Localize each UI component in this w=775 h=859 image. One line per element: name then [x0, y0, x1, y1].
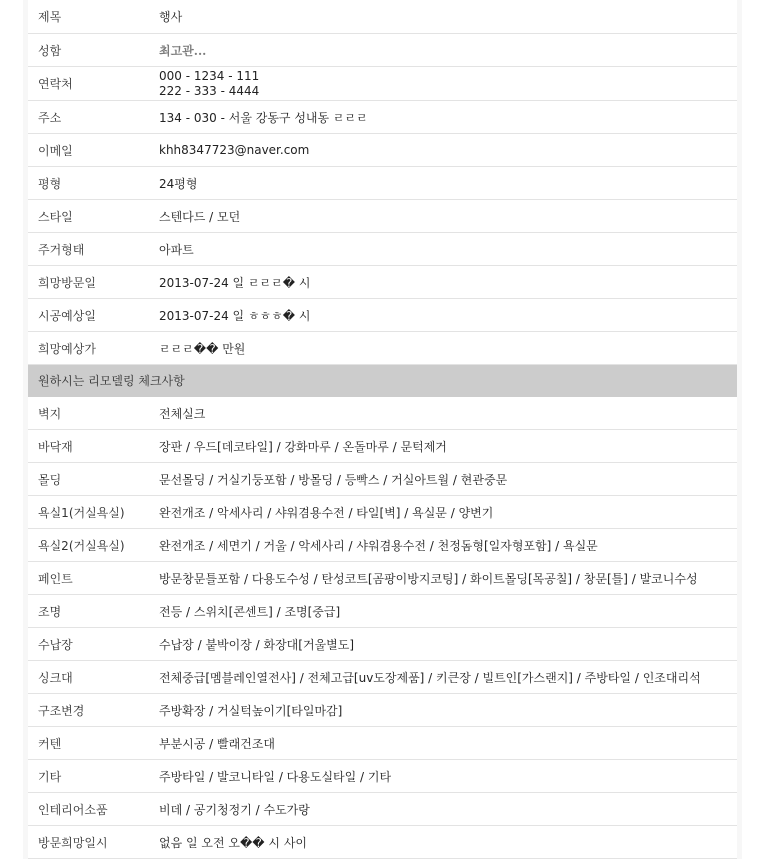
- row-label: 주거형태: [28, 241, 159, 258]
- row-label: 스타일: [28, 208, 159, 225]
- row-value: 비데 / 공기청정기 / 수도가랑: [159, 801, 737, 818]
- row-style: 스타일 스텐다드 / 모던: [28, 200, 737, 233]
- row-label: 기타: [28, 768, 159, 785]
- row-value: 행사: [159, 8, 737, 25]
- row-value: 최고관...: [159, 42, 737, 59]
- row-value: 2013-07-24 일 ㄹㄹㄹ� 시: [159, 274, 737, 291]
- row-sink: 싱크대 전체중급[멤블레인열전사] / 전체고급[uv도장제품] / 키큰장 /…: [28, 661, 737, 694]
- row-label: 수납장: [28, 636, 159, 653]
- row-value: ㄹㄹㄹ�� 만원: [159, 340, 737, 357]
- row-molding: 몰딩 문선몰딩 / 거실기둥포함 / 방몰딩 / 등빡스 / 거실아트월 / 현…: [28, 463, 737, 496]
- row-label: 인테리어소품: [28, 801, 159, 818]
- row-name: 성함 최고관...: [28, 34, 737, 67]
- row-label: 시공예상일: [28, 307, 159, 324]
- row-structural-change: 구조변경 주방확장 / 거실턱높이기[타일마감]: [28, 694, 737, 727]
- phone-2: 222 - 333 - 4444: [159, 84, 737, 99]
- row-label: 몰딩: [28, 471, 159, 488]
- row-value: 스텐다드 / 모던: [159, 208, 737, 225]
- row-value: 주방확장 / 거실턱높이기[타일마감]: [159, 702, 737, 719]
- row-bathroom-1: 욕실1(거실욕실) 완전개조 / 악세사리 / 샤워겸용수전 / 타일[벽] /…: [28, 496, 737, 529]
- row-value: 000 - 1234 - 111 222 - 333 - 4444: [159, 69, 737, 99]
- row-address: 주소 134 - 030 - 서울 강동구 성내동 ㄹㄹㄹ: [28, 101, 737, 134]
- row-label: 방문희망일시: [28, 834, 159, 851]
- row-value: 완전개조 / 세면기 / 거울 / 악세사리 / 샤워겸용수전 / 천정돔형[일…: [159, 537, 737, 554]
- row-size: 평형 24평형: [28, 167, 737, 200]
- row-label: 제목: [28, 8, 159, 25]
- row-interior-accessories: 인테리어소품 비데 / 공기청정기 / 수도가랑: [28, 793, 737, 826]
- page: 제목 행사 성함 최고관... 연락처 000 - 1234 - 111 222…: [0, 0, 775, 859]
- row-label: 이메일: [28, 142, 159, 159]
- row-label: 바닥재: [28, 438, 159, 455]
- row-label: 벽지: [28, 405, 159, 422]
- row-value: 주방타일 / 발코니타일 / 다용도실타일 / 기타: [159, 768, 737, 785]
- row-contact: 연락처 000 - 1234 - 111 222 - 333 - 4444: [28, 67, 737, 101]
- row-title: 제목 행사: [28, 0, 737, 34]
- row-lighting: 조명 전등 / 스위치[콘센트] / 조명[중급]: [28, 595, 737, 628]
- row-value: 완전개조 / 악세사리 / 샤워겸용수전 / 타일[벽] / 욕실문 / 양변기: [159, 504, 737, 521]
- row-value: 전체중급[멤블레인열전사] / 전체고급[uv도장제품] / 키큰장 / 빌트인…: [159, 669, 737, 686]
- row-value: 방문창문틀포함 / 다용도수성 / 탄성코트[곰팡이방지코팅] / 화이트몰딩[…: [159, 570, 737, 587]
- row-preferred-visit-time: 방문희망일시 없음 일 오전 오�� 시 사이: [28, 826, 737, 859]
- checklist-section-header: 원하시는 리모델링 체크사항: [28, 365, 737, 397]
- row-value: 없음 일 오전 오�� 시 사이: [159, 834, 737, 851]
- row-label: 욕실1(거실욕실): [28, 504, 159, 521]
- row-value: 부분시공 / 빨래건조대: [159, 735, 737, 752]
- row-paint: 페인트 방문창문틀포함 / 다용도수성 / 탄성코트[곰팡이방지코팅] / 화이…: [28, 562, 737, 595]
- row-value: 24평형: [159, 175, 737, 192]
- row-label: 커텐: [28, 735, 159, 752]
- row-label: 욕실2(거실욕실): [28, 537, 159, 554]
- row-label: 구조변경: [28, 702, 159, 719]
- inquiry-detail-table: 제목 행사 성함 최고관... 연락처 000 - 1234 - 111 222…: [28, 0, 737, 859]
- section-title: 원하시는 리모델링 체크사항: [28, 372, 185, 389]
- row-label: 싱크대: [28, 669, 159, 686]
- row-value: 전체실크: [159, 405, 737, 422]
- row-budget: 희망예상가 ㄹㄹㄹ�� 만원: [28, 332, 737, 365]
- row-value: 문선몰딩 / 거실기둥포함 / 방몰딩 / 등빡스 / 거실아트월 / 현관중문: [159, 471, 737, 488]
- row-value: 장판 / 우드[데코타일] / 강화마루 / 온돌마루 / 문턱제거: [159, 438, 737, 455]
- row-email: 이메일 khh8347723@naver.com: [28, 134, 737, 167]
- row-label: 평형: [28, 175, 159, 192]
- row-label: 연락처: [28, 75, 159, 92]
- row-housing-type: 주거형태 아파트: [28, 233, 737, 266]
- row-value: 아파트: [159, 241, 737, 258]
- row-label: 주소: [28, 109, 159, 126]
- row-wallpaper: 벽지 전체실크: [28, 397, 737, 430]
- row-etc: 기타 주방타일 / 발코니타일 / 다용도실타일 / 기타: [28, 760, 737, 793]
- row-visit-date: 희망방문일 2013-07-24 일 ㄹㄹㄹ� 시: [28, 266, 737, 299]
- row-value: 수납장 / 붙박이장 / 화장대[거울별도]: [159, 636, 737, 653]
- row-storage: 수납장 수납장 / 붙박이장 / 화장대[거울별도]: [28, 628, 737, 661]
- row-label: 희망방문일: [28, 274, 159, 291]
- row-label: 성함: [28, 42, 159, 59]
- row-bathroom-2: 욕실2(거실욕실) 완전개조 / 세면기 / 거울 / 악세사리 / 샤워겸용수…: [28, 529, 737, 562]
- row-label: 희망예상가: [28, 340, 159, 357]
- phone-1: 000 - 1234 - 111: [159, 69, 737, 84]
- row-label: 조명: [28, 603, 159, 620]
- row-construction-date: 시공예상일 2013-07-24 일 ㅎㅎㅎ� 시: [28, 299, 737, 332]
- row-value: 전등 / 스위치[콘센트] / 조명[중급]: [159, 603, 737, 620]
- row-value: khh8347723@naver.com: [159, 143, 737, 157]
- row-flooring: 바닥재 장판 / 우드[데코타일] / 강화마루 / 온돌마루 / 문턱제거: [28, 430, 737, 463]
- row-value: 134 - 030 - 서울 강동구 성내동 ㄹㄹㄹ: [159, 109, 737, 126]
- row-value: 2013-07-24 일 ㅎㅎㅎ� 시: [159, 307, 737, 324]
- row-label: 페인트: [28, 570, 159, 587]
- row-curtain: 커텐 부분시공 / 빨래건조대: [28, 727, 737, 760]
